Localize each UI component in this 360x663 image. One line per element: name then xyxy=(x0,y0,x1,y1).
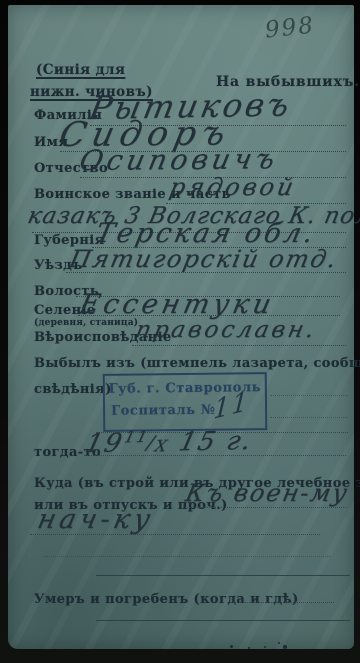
stamp-side-rule-2 xyxy=(270,417,348,418)
pencil-archive-number: 998 xyxy=(264,12,316,43)
ink-dot xyxy=(278,642,280,644)
district-value: Пятигорскій отд. xyxy=(67,245,341,273)
stamp-side-rule-1 xyxy=(270,395,348,396)
blank-rule-2 xyxy=(96,575,350,576)
blank-rule-1 xyxy=(44,556,330,557)
village-rule xyxy=(78,315,340,316)
record-card: 998 (Синія для нижн. чиновъ) На выбывших… xyxy=(8,5,354,649)
ink-dot xyxy=(264,646,266,648)
ink-dot xyxy=(283,645,287,649)
death-rule xyxy=(230,602,334,603)
ink-dot xyxy=(248,647,250,649)
religion-rule xyxy=(132,345,346,346)
blank-rule-3 xyxy=(96,620,350,621)
discharged-from-label-line2: свѣдѣнія) xyxy=(34,382,112,397)
district-rule xyxy=(66,272,346,273)
date-year-suffix: 15 г. xyxy=(176,426,256,457)
destination-rule-2 xyxy=(30,534,320,535)
patronymic-value: Осиповичъ xyxy=(77,142,282,177)
destination-value-line2: нач-ку xyxy=(35,504,157,535)
date-value: 1911/X 15 г. xyxy=(82,425,256,459)
scanned-hospital-card: { "card": { "pencil_number": "998", "hea… xyxy=(0,0,360,663)
discharged-from-label-line1: Выбылъ изъ (штемпель лазарета, сообщающа… xyxy=(34,356,360,371)
date-rule xyxy=(84,455,346,456)
rank-value: рядовой xyxy=(167,173,299,201)
destination-value-line1: Къ воен-му xyxy=(183,479,352,507)
destination-rule-1 xyxy=(183,507,346,508)
ink-dot xyxy=(230,645,233,648)
date-month: X xyxy=(153,436,171,455)
death-label: Умеръ и погребенъ (когда и гдѣ) xyxy=(34,592,299,607)
religion-value: православн. xyxy=(133,317,319,343)
color-note-line1: (Синія для xyxy=(36,62,125,78)
stamp-hospital: Госпиталь № xyxy=(111,403,216,419)
